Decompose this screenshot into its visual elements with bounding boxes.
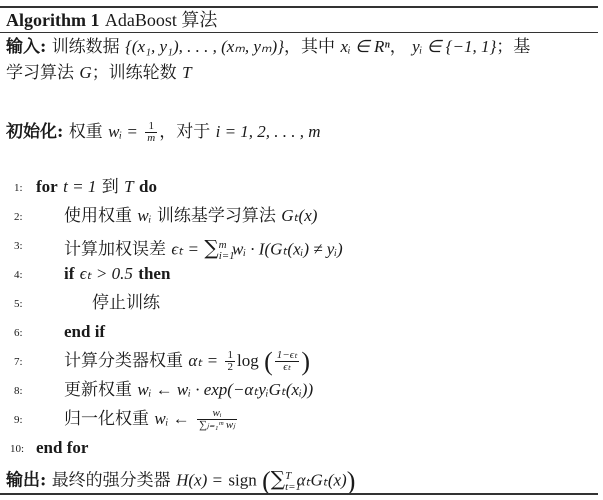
caption-rule <box>0 32 598 33</box>
caption-label: Algorithm 1 <box>6 10 100 30</box>
init-text: ，对于 <box>159 122 210 142</box>
normalize-fraction: wᵢ∑ⱼ₌₁ᵐ wⱼ <box>197 408 237 431</box>
input-text: 学习算法 <box>6 63 74 83</box>
input-text: ，其中 <box>284 37 335 57</box>
y-condition: yᵢ ∈ {−1, 1} <box>412 37 496 56</box>
sign-function: sign <box>228 471 256 490</box>
input-text: ；训练轮数 <box>92 63 177 83</box>
training-set: {(x₁, y₁), . . . , (xₘ, yₘ)} <box>125 37 284 56</box>
step-text: 计算加权误差 <box>64 240 166 260</box>
input-text: 训练数据 <box>52 37 120 57</box>
denominator: ϵₜ <box>275 362 300 373</box>
denominator: 2 <box>225 362 235 373</box>
line-number: 6: <box>14 327 23 339</box>
math: H(x) = <box>176 471 223 490</box>
rounds-symbol: T <box>182 63 191 82</box>
caption-title: AdaBoost 算法 <box>105 10 218 30</box>
step-text: 归一化权重 <box>64 409 149 429</box>
math: wᵢ ← <box>154 409 189 428</box>
step-text: 停止训练 <box>92 293 160 313</box>
line-number: 5: <box>14 298 23 310</box>
bottom-rule <box>0 493 598 495</box>
step-text: 计算分类器权重 <box>64 351 183 371</box>
input-line-2: 学习算法 G；训练轮数 T <box>6 62 192 84</box>
step-text: 训练基学习算法 <box>157 206 276 226</box>
init-text: 权重 <box>69 122 103 142</box>
sum-upper: m <box>219 239 227 251</box>
math: T <box>124 177 133 196</box>
step-alpha: 计算分类器权重 αₜ = 12log (1−ϵₜϵₜ) <box>64 350 310 373</box>
keyword: if <box>64 264 74 283</box>
line-number: 2: <box>14 211 23 223</box>
init-fraction: 1m <box>145 121 157 144</box>
half-fraction: 12 <box>225 350 235 373</box>
math: wᵢ <box>137 206 151 225</box>
keyword: then <box>138 264 170 283</box>
step-text: 更新权重 <box>64 380 132 400</box>
line-number: 4: <box>14 269 23 281</box>
step-stop: 停止训练 <box>92 292 160 314</box>
math: αₜ = <box>188 351 218 370</box>
line-number: 10: <box>10 443 24 455</box>
step-if: if ϵₜ > 0.5 then <box>64 263 170 285</box>
line-number: 3: <box>14 240 23 252</box>
init-label: 初始化: <box>6 122 63 142</box>
math: wᵢ · I(Gₜ(xᵢ) ≠ yᵢ) <box>232 240 343 259</box>
line-number: 8: <box>14 385 23 397</box>
init-range: i = 1, 2, . . . , m <box>216 122 321 141</box>
step-update: 更新权重 wᵢ ← wᵢ · exp(−αₜyᵢGₜ(xᵢ)) <box>64 379 313 401</box>
sum-symbol: ∑ <box>204 236 218 260</box>
sum-upper: T <box>285 470 291 482</box>
log-function: log <box>237 351 259 370</box>
keyword: end if <box>64 322 105 341</box>
line-number: 1: <box>14 182 23 194</box>
math: ϵₜ > 0.5 <box>80 264 133 283</box>
step-text: 使用权重 <box>64 206 132 226</box>
line-number: 7: <box>14 356 23 368</box>
error-fraction: 1−ϵₜϵₜ <box>275 350 300 373</box>
step-for: for t = 1 到 T do <box>36 176 157 198</box>
learner-symbol: G <box>79 63 91 82</box>
init-line: 初始化: 权重 wᵢ = 1m，对于 i = 1, 2, . . . , m <box>6 121 321 144</box>
math: t = 1 <box>63 177 96 196</box>
keyword: do <box>139 177 157 196</box>
left-paren: ( <box>262 467 271 496</box>
denominator: ∑ⱼ₌₁ᵐ wⱼ <box>197 420 237 431</box>
denominator: m <box>145 133 157 144</box>
init-lhs: wᵢ = <box>108 122 138 141</box>
step-end-if: end if <box>64 321 105 343</box>
x-condition: xᵢ ∈ Rⁿ <box>340 37 389 56</box>
algorithm-caption: Algorithm 1 AdaBoost 算法 <box>6 9 217 32</box>
input-label: 输入: <box>6 37 46 57</box>
step-train: 使用权重 wᵢ 训练基学习算法 Gₜ(x) <box>64 205 317 227</box>
math: αₜGₜ(x) <box>297 471 347 490</box>
input-line-1: 输入: 训练数据 {(x₁, y₁), . . . , (xₘ, yₘ)}，其中… <box>6 36 530 58</box>
top-rule <box>0 6 598 8</box>
step-end-for: end for <box>36 437 88 459</box>
math: ϵₜ = <box>171 240 199 259</box>
math: Gₜ(x) <box>281 206 317 225</box>
output-text: 最终的强分类器 <box>52 471 171 491</box>
right-paren: ) <box>347 467 356 496</box>
math: wᵢ ← wᵢ · exp(−αₜyᵢGₜ(xᵢ)) <box>137 380 313 399</box>
step-normalize: 归一化权重 wᵢ ← wᵢ∑ⱼ₌₁ᵐ wⱼ <box>64 408 239 431</box>
separator: ， <box>390 37 407 57</box>
right-paren: ) <box>301 347 310 376</box>
left-paren: ( <box>264 347 273 376</box>
input-text: ；基 <box>496 37 530 57</box>
keyword: end for <box>36 438 88 457</box>
line-number: 9: <box>14 414 23 426</box>
step-text: 到 <box>102 177 119 197</box>
keyword: for <box>36 177 58 196</box>
sum-symbol: ∑ <box>271 467 285 491</box>
output-label: 输出: <box>6 471 46 491</box>
